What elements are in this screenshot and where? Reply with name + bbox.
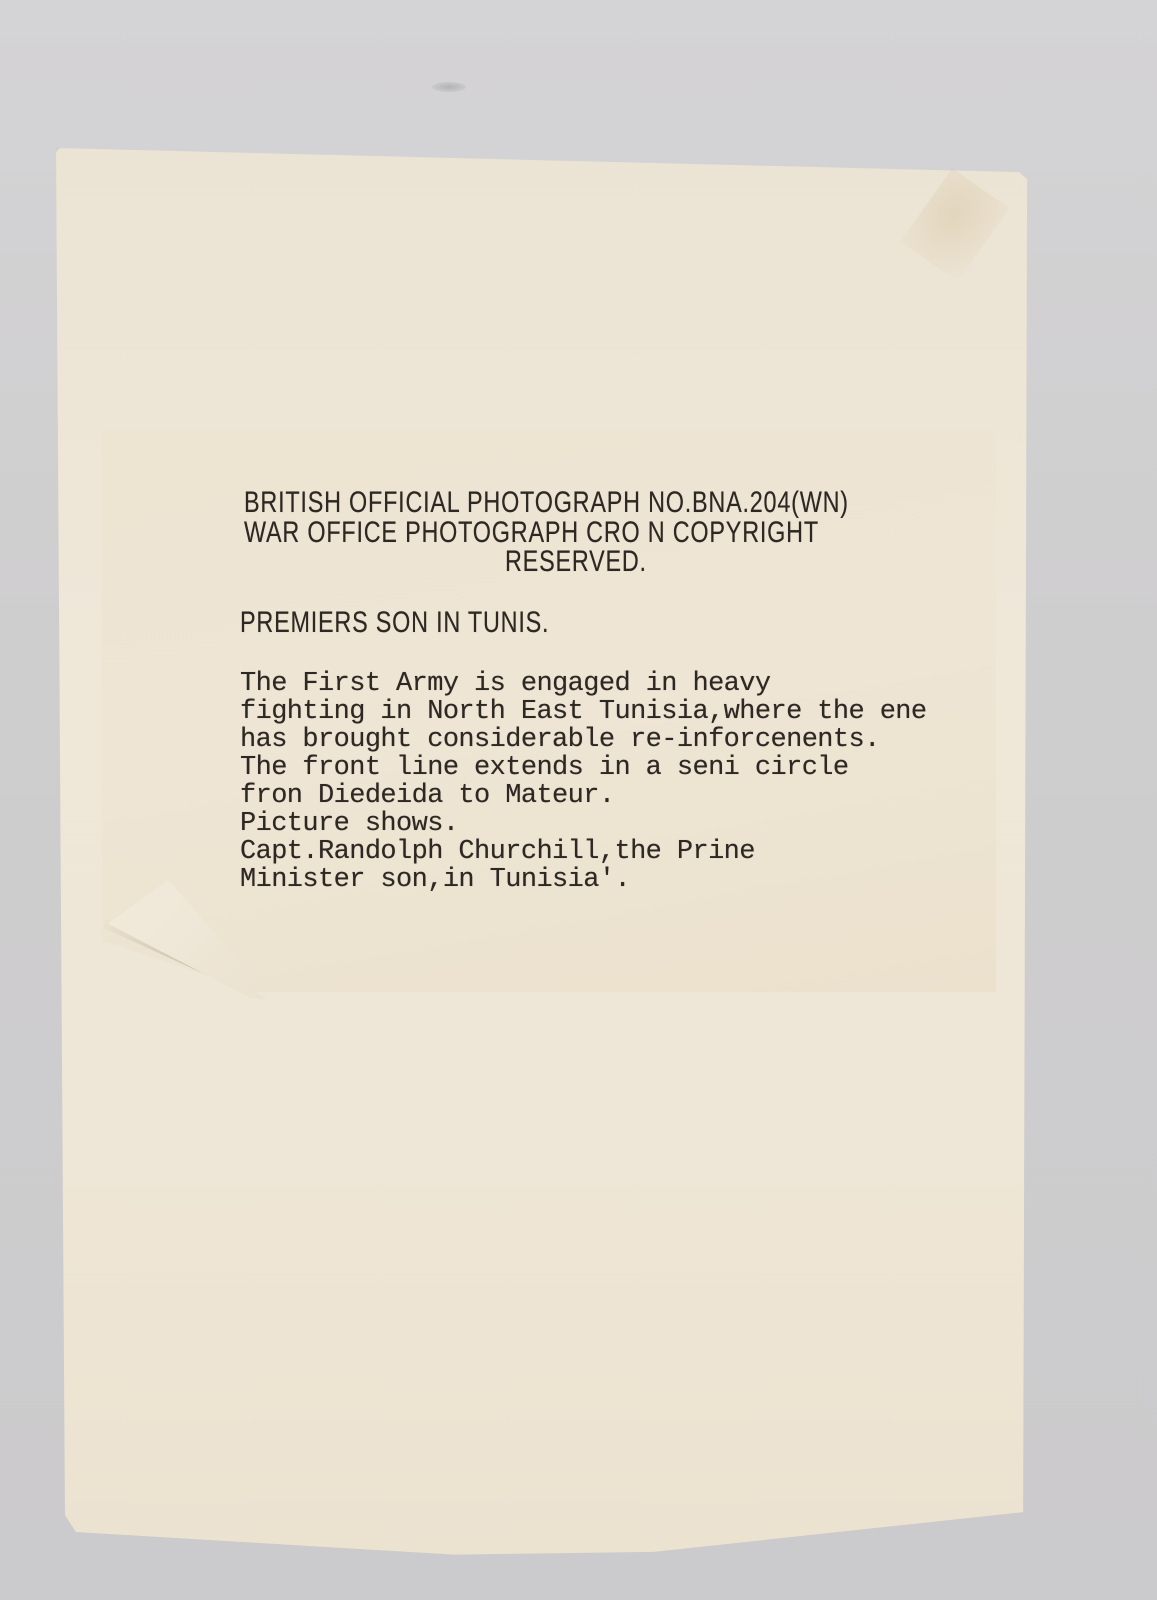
body-line: The front line extends in a seni circle <box>240 754 849 782</box>
header-line-3: RESERVED. <box>505 546 647 578</box>
background-smudge <box>432 82 466 92</box>
body-line: fron Diedeida to Mateur. <box>240 782 614 810</box>
body-line: Picture shows. <box>240 810 458 838</box>
body-line: Capt.Randolph Churchill,the Prine <box>240 838 755 866</box>
body-line: has brought considerable re-inforcenents… <box>240 726 880 754</box>
body-line: Minister son,in Tunisia'. <box>240 866 630 894</box>
body-line: The First Army is engaged in heavy <box>240 670 771 698</box>
caption-title: PREMIERS SON IN TUNIS. <box>240 607 549 639</box>
body-line: fighting in North East Tunisia,where the… <box>240 698 927 726</box>
header-line-1: BRITISH OFFICIAL PHOTOGRAPH NO.BNA.204(W… <box>244 487 849 519</box>
